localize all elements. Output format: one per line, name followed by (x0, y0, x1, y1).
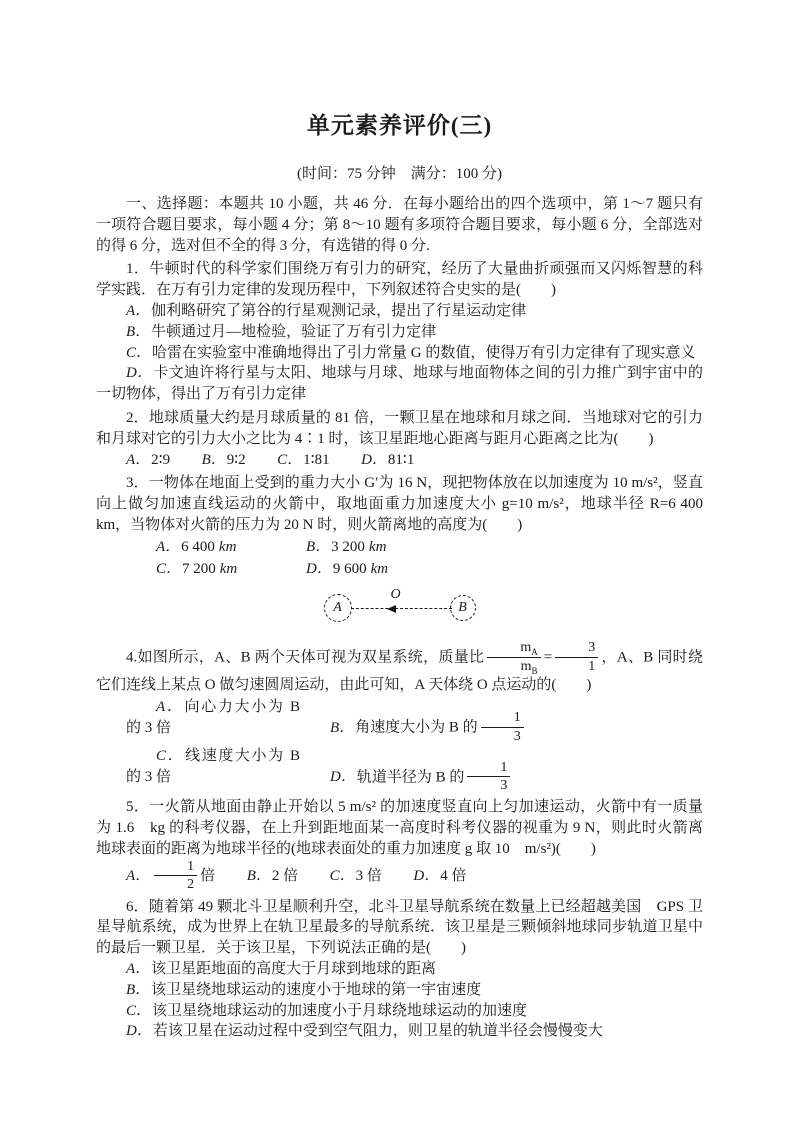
option-text: 若该卫星在运动过程中受到空气阻力，则卫星的轨道半径会慢慢变大 (153, 1023, 603, 1039)
option-text: 向心力大小为 B 的 3 倍 (126, 699, 300, 736)
option-text: 卡文迪许将行星与太阳、地球与月球、地球与地面物体之间的引力推广到宇宙中的一切物体… (96, 365, 703, 402)
option-text: 3 倍 (356, 868, 382, 884)
fraction-denominator: mB (487, 658, 540, 674)
option-label: A． (126, 452, 150, 468)
question-4-option-c: C．线速度大小为 B 的 3 倍 (126, 746, 300, 788)
question-1: 1．牛顿时代的科学家们围绕万有引力的研究，经历了大量曲折顽强而又闪烁智慧的科学实… (96, 259, 703, 405)
option-value: 3 200 (331, 539, 365, 555)
option-label: A． (126, 961, 150, 977)
question-4-option-a: A．向心力大小为 B 的 3 倍 (126, 697, 300, 739)
option-label: A． (126, 868, 150, 884)
question-5-option-a: A．12倍 (126, 868, 215, 884)
option-value: 9 600 (333, 561, 367, 577)
question-1-option-c: C．哈雷在实验室中准确地得出了引力常量 G 的数值，使得万有引力定律有了现实意义 (96, 343, 703, 364)
question-2-options: A．2∶9B．9∶2C．1∶81D．81∶1 (96, 450, 703, 471)
option-label: D． (306, 561, 332, 577)
question-6: 6．随着第 49 颗北斗卫星顺利升空，北斗卫星导航系统在数量上已经超越美国 GP… (96, 897, 703, 1043)
option-text: 伽利略研究了第谷的行星观测记录，提出了行星运动定律 (151, 303, 526, 319)
question-4-stem: 4.如图所示，A、B 两个天体可视为双星系统，质量比mAmB=31，A、B 同时… (96, 641, 703, 696)
question-5-option-b: B．2 倍 (247, 868, 298, 884)
option-text: 该卫星绕地球运动的加速度小于月球绕地球运动的加速度 (152, 1003, 527, 1019)
question-4-options-row-2: C．线速度大小为 B 的 3 倍D．轨道半径为 B 的13 (96, 746, 703, 794)
option-label: C． (330, 868, 355, 884)
ratio-value-fraction: 31 (555, 640, 598, 674)
question-6-option-d: D．若该卫星在运动过程中受到空气阻力，则卫星的轨道半径会慢慢变大 (96, 1021, 703, 1042)
question-2-option-d: D．81∶1 (361, 452, 414, 468)
fraction-numerator: 1 (467, 760, 510, 777)
option-text: 线速度大小为 B 的 3 倍 (126, 748, 300, 785)
option-unit: km (220, 561, 238, 577)
question-2-option-c: C．1∶81 (277, 452, 329, 468)
mass-symbol: m (520, 640, 531, 655)
option-text: 2 倍 (272, 868, 298, 884)
question-3-stem: 3．一物体在地面上受到的重力大小 G′为 16 N，现把物体放在以加速度为 10… (96, 473, 703, 535)
connecting-line (351, 608, 452, 609)
option-value: 7 200 (182, 561, 216, 577)
fraction-denominator: 3 (481, 728, 524, 744)
question-3-option-c: C．7 200km (126, 559, 276, 580)
fraction-numerator: mA (487, 640, 540, 657)
option-unit: km (219, 539, 237, 555)
star-b-circle: B (450, 595, 476, 621)
option-label: C． (156, 748, 184, 764)
fraction-denominator: 3 (467, 777, 510, 793)
star-a-circle: A (324, 594, 352, 622)
question-6-option-a: A．该卫星距地面的高度大于月球到地球的距离 (96, 959, 703, 980)
one-third-fraction: 13 (481, 710, 524, 744)
question-6-option-b: B．该卫星绕地球运动的速度小于地球的第一宇宙速度 (96, 980, 703, 1001)
option-text: 9∶2 (227, 452, 246, 468)
option-value: 6 400 (181, 539, 215, 555)
question-1-option-b: B．牛顿通过月—地检验，验证了万有引力定律 (96, 322, 703, 343)
question-5-option-d: D．4 倍 (413, 868, 466, 884)
option-label: A． (126, 303, 150, 319)
fraction-denominator: 2 (154, 876, 197, 892)
option-text: 4 倍 (440, 868, 466, 884)
section-1-instructions: 一、选择题：本题共 10 小题，共 46 分．在每小题给出的四个选项中，第 1～… (96, 194, 703, 256)
option-text: 倍 (200, 868, 215, 884)
fraction-denominator: 1 (555, 658, 598, 674)
point-o-label: O (391, 588, 401, 602)
page-content: 单元素养评价(三) (时间：75 分钟 满分：100 分) 一、选择题：本题共 … (0, 0, 793, 1042)
fraction-numerator: 3 (555, 640, 598, 657)
option-text: 2∶9 (151, 452, 170, 468)
question-3-option-a: A．6 400km (126, 537, 276, 558)
fraction-numerator: 1 (481, 710, 524, 727)
option-label: C． (156, 561, 181, 577)
question-4-options-row-1: A．向心力大小为 B 的 3 倍B．角速度大小为 B 的13 (96, 697, 703, 745)
option-label: B． (126, 324, 150, 340)
binary-star-diagram: A B O (324, 590, 476, 628)
stem-text: 4.如图所示，A、B 两个天体可视为双星系统，质量比 (126, 650, 484, 666)
option-label: D． (361, 452, 387, 468)
question-4-option-b: B．角速度大小为 B 的13 (300, 711, 527, 745)
option-label: D． (413, 868, 439, 884)
option-label: B． (306, 539, 330, 555)
option-label: A． (156, 539, 180, 555)
point-o-marker (387, 605, 396, 613)
option-text: 牛顿通过月—地检验，验证了万有引力定律 (151, 324, 436, 340)
option-label: D． (126, 365, 152, 381)
option-text: 角速度大小为 B 的 (355, 720, 478, 736)
one-third-fraction: 13 (467, 760, 510, 794)
mass-ratio-fraction: mAmB (487, 640, 540, 674)
question-6-option-c: C．该卫星绕地球运动的加速度小于月球绕地球运动的加速度 (96, 1001, 703, 1022)
question-3-option-d: D．9 600km (276, 559, 388, 580)
option-text: 哈雷在实验室中准确地得出了引力常量 G 的数值，使得万有引力定律有了现实意义 (152, 345, 695, 361)
question-5-option-c: C．3 倍 (330, 868, 382, 884)
option-label: D． (126, 1023, 152, 1039)
question-5-stem: 5．一火箭从地面由静止开始以 5 m/s² 的加速度竖直向上匀加速运动，火箭中有… (96, 797, 703, 859)
option-label: C． (126, 1003, 151, 1019)
question-2-option-a: A．2∶9 (126, 452, 170, 468)
option-text: 81∶1 (388, 452, 414, 468)
option-label: C． (277, 452, 302, 468)
one-half-fraction: 12 (154, 859, 197, 893)
mass-subscript: A (531, 647, 538, 657)
question-2-option-b: B．9∶2 (202, 452, 246, 468)
option-label: B． (126, 982, 150, 998)
question-3: 3．一物体在地面上受到的重力大小 G′为 16 N，现把物体放在以加速度为 10… (96, 473, 703, 579)
question-2: 2．地球质量大约是月球质量的 81 倍，一颗卫星在地球和月球之间．当地球对它的引… (96, 408, 703, 470)
question-1-option-d: D．卡文迪许将行星与太阳、地球与月球、地球与地面物体之间的引力推广到宇宙中的一切… (96, 363, 703, 405)
question-5-options: A．12倍B．2 倍C．3 倍D．4 倍 (96, 860, 703, 894)
question-1-option-a: A．伽利略研究了第谷的行星观测记录，提出了行星运动定律 (96, 301, 703, 322)
option-label: A． (156, 699, 184, 715)
option-label: B． (202, 452, 226, 468)
exam-meta-line: (时间：75 分钟 满分：100 分) (96, 164, 703, 185)
question-1-stem: 1．牛顿时代的科学家们围绕万有引力的研究，经历了大量曲折顽强而又闪烁智慧的科学实… (96, 259, 703, 301)
mass-symbol: m (521, 659, 532, 674)
option-text: 该卫星绕地球运动的速度小于地球的第一宇宙速度 (151, 982, 481, 998)
question-4: 4.如图所示，A、B 两个天体可视为双星系统，质量比mAmB=31，A、B 同时… (96, 641, 703, 794)
question-2-stem: 2．地球质量大约是月球质量的 81 倍，一颗卫星在地球和月球之间．当地球对它的引… (96, 408, 703, 450)
question-3-options-row-1: A．6 400kmB．3 200km (96, 537, 703, 558)
equals-sign: = (544, 650, 552, 666)
option-unit: km (369, 539, 387, 555)
option-label: D． (330, 769, 356, 785)
exam-page: 单元素养评价(三) (时间：75 分钟 满分：100 分) 一、选择题：本题共 … (0, 0, 793, 1122)
option-label: C． (126, 345, 151, 361)
option-text: 该卫星距地面的高度大于月球到地球的距离 (151, 961, 436, 977)
option-unit: km (371, 561, 389, 577)
option-text: 轨道半径为 B 的 (357, 769, 465, 785)
question-4-option-d: D．轨道半径为 B 的13 (300, 761, 513, 795)
question-3-options-row-2: C．7 200kmD．9 600km (96, 559, 703, 580)
option-label: B． (247, 868, 271, 884)
option-label: B． (330, 720, 354, 736)
question-6-stem: 6．随着第 49 颗北斗卫星顺利升空，北斗卫星导航系统在数量上已经超越美国 GP… (96, 897, 703, 959)
mass-subscript: B (531, 666, 537, 676)
option-text: 1∶81 (303, 452, 329, 468)
question-3-option-b: B．3 200km (276, 537, 386, 558)
page-title: 单元素养评价(三) (96, 112, 703, 140)
fraction-numerator: 1 (154, 859, 197, 876)
question-5: 5．一火箭从地面由静止开始以 5 m/s² 的加速度竖直向上匀加速运动，火箭中有… (96, 797, 703, 893)
